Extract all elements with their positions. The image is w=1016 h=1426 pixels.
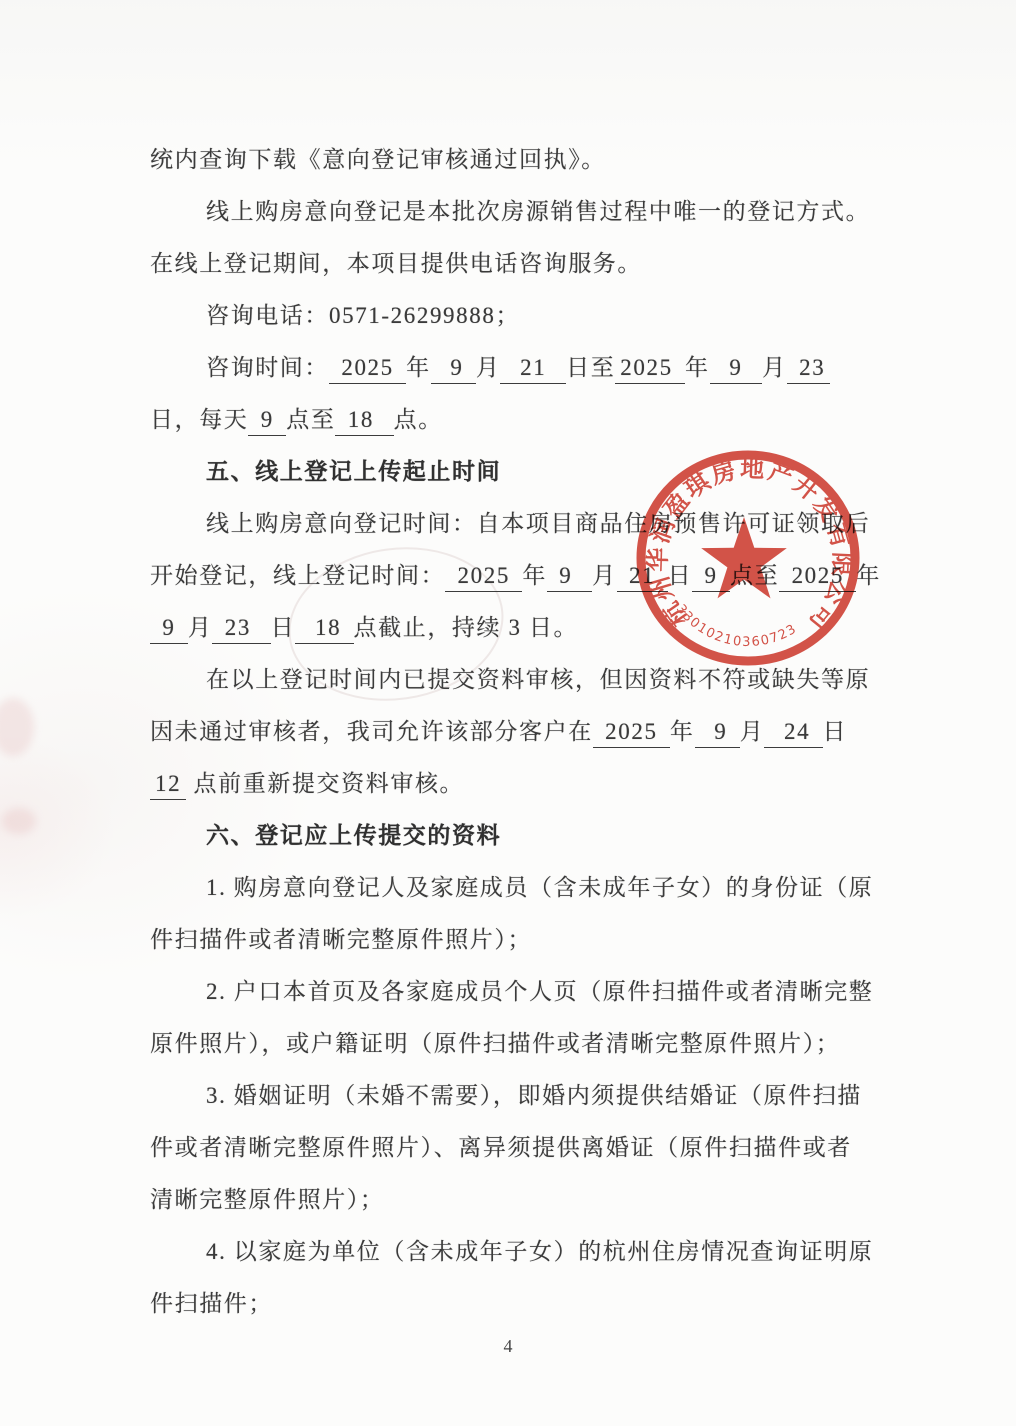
text-segment: 日 <box>668 563 693 588</box>
filled-blank: 18 <box>295 613 353 644</box>
text-segment: 清晰完整原件照片）； <box>150 1187 385 1212</box>
text-segment: 年 <box>406 355 431 380</box>
text-segment: 点至 <box>286 407 335 432</box>
text-segment: 月 <box>592 563 617 588</box>
filled-blank: 23 <box>787 353 831 384</box>
filled-blank: 21 <box>617 561 668 592</box>
text-segment: 年 <box>685 355 710 380</box>
text-segment: 月 <box>762 355 787 380</box>
text-segment: 咨询电话：0571-26299888； <box>206 303 520 328</box>
filled-blank: 23 <box>212 613 270 644</box>
text-segment: 年 <box>856 563 881 588</box>
text-line: 日，每天 9 点至 18 点。 <box>150 404 443 436</box>
text-line: 2. 户口本首页及各家庭成员个人页（原件扫描件或者清晰完整 <box>206 976 873 1008</box>
filled-blank: 21 <box>500 353 566 384</box>
text-segment: 点截止，持续 3 日。 <box>354 615 579 640</box>
text-segment: 线上购房意向登记时间：自本项目商品住房预售许可证领取后 <box>206 511 870 536</box>
filled-blank: 24 <box>764 717 822 748</box>
text-segment: 日至 <box>566 355 615 380</box>
text-segment: 4. 以家庭为单位（含未成年子女）的杭州住房情况查询证明原 <box>206 1239 873 1264</box>
text-segment: 统内查询下载《意向登记审核通过回执》。 <box>150 147 606 172</box>
filled-blank: 2025 <box>445 561 522 592</box>
text-line: 因未通过审核者，我司允许该部分客户在 2025 年 9 月 24 日 <box>150 716 847 748</box>
text-line: 1. 购房意向登记人及家庭成员（含未成年子女）的身份证（原 <box>206 872 873 904</box>
text-line: 咨询电话：0571-26299888； <box>206 300 520 332</box>
seal-ring <box>641 455 855 661</box>
text-line: 咨询时间： 2025 年 9 月 21 日至2025 年 9 月 23 <box>206 352 830 384</box>
text-segment: 1. 购房意向登记人及家庭成员（含未成年子女）的身份证（原 <box>206 875 873 900</box>
text-line: 清晰完整原件照片）； <box>150 1184 385 1216</box>
text-line: 9 月 23 日 18 点截止，持续 3 日。 <box>150 612 578 644</box>
text-line: 在线上登记期间，本项目提供电话咨询服务。 <box>150 248 642 280</box>
filled-blank: 9 <box>150 613 188 644</box>
filled-blank: 9 <box>547 561 592 592</box>
filled-blank: 9 <box>695 717 740 748</box>
filled-blank: 2025 <box>779 561 856 592</box>
text-segment: 2. 户口本首页及各家庭成员个人页（原件扫描件或者清晰完整 <box>206 979 873 1004</box>
filled-blank: 9 <box>710 353 763 384</box>
section-heading: 五、线上登记上传起止时间 <box>206 456 501 488</box>
section-heading: 六、登记应上传提交的资料 <box>206 820 501 852</box>
text-segment: 年 <box>670 719 695 744</box>
text-line: 统内查询下载《意向登记审核通过回执》。 <box>150 144 606 176</box>
text-segment: 月 <box>740 719 765 744</box>
text-line: 线上购房意向登记是本批次房源销售过程中唯一的登记方式。 <box>206 196 870 228</box>
text-segment: 件或者清晰完整原件照片）、离异须提供离婚证（原件扫描件或者 <box>150 1135 852 1160</box>
text-segment: 咨询时间： <box>206 355 329 380</box>
filled-blank: 18 <box>335 405 393 436</box>
text-segment: 点至 <box>730 563 779 588</box>
text-segment: 点。 <box>394 407 443 432</box>
text-segment: 日 <box>823 719 848 744</box>
text-line: 原件照片），或户籍证明（原件扫描件或者清晰完整原件照片）； <box>150 1028 840 1060</box>
text-segment: 日 <box>271 615 296 640</box>
text-segment: 月 <box>188 615 213 640</box>
text-segment: 线上购房意向登记是本批次房源销售过程中唯一的登记方式。 <box>206 199 870 224</box>
text-line: 4. 以家庭为单位（含未成年子女）的杭州住房情况查询证明原 <box>206 1236 873 1268</box>
text-line: 在以上登记时间内已提交资料审核，但因资料不符或缺失等原 <box>206 664 870 696</box>
filled-blank: 2025 <box>329 353 406 384</box>
text-segment: 件扫描件或者清晰完整原件照片）； <box>150 927 532 952</box>
filled-blank: 9 <box>692 561 730 592</box>
page-number: 4 <box>0 1336 1016 1357</box>
filled-blank: 2025 <box>615 353 685 384</box>
seal-code-text: 33010210360723 <box>673 602 800 650</box>
scan-smudge <box>0 698 34 756</box>
text-segment: 开始登记，线上登记时间： <box>150 563 445 588</box>
text-segment: 3. 婚姻证明（未婚不需要），即婚内须提供结婚证（原件扫描 <box>206 1083 862 1108</box>
text-segment: 六、登记应上传提交的资料 <box>206 823 501 848</box>
official-seal: 杭州华润盈琪房地产开发有限公司 33010210360723 <box>628 446 866 672</box>
text-segment: 因未通过审核者，我司允许该部分客户在 <box>150 719 593 744</box>
text-segment: 日，每天 <box>150 407 248 432</box>
text-segment: 月 <box>476 355 501 380</box>
text-line: 12 点前重新提交资料审核。 <box>150 768 464 800</box>
text-line: 件或者清晰完整原件照片）、离异须提供离婚证（原件扫描件或者 <box>150 1132 852 1164</box>
text-segment: 五、线上登记上传起止时间 <box>206 459 501 484</box>
scan-smudge <box>2 808 36 834</box>
text-segment: 点前重新提交资料审核。 <box>186 771 464 796</box>
text-line: 线上购房意向登记时间：自本项目商品住房预售许可证领取后 <box>206 508 870 540</box>
text-line: 开始登记，线上登记时间： 2025 年 9 月 21 日 9 点至 2025 年 <box>150 560 881 592</box>
text-segment: 在以上登记时间内已提交资料审核，但因资料不符或缺失等原 <box>206 667 870 692</box>
text-line: 件扫描件或者清晰完整原件照片）； <box>150 924 532 956</box>
text-segment: 在线上登记期间，本项目提供电话咨询服务。 <box>150 251 642 276</box>
text-segment: 原件照片），或户籍证明（原件扫描件或者清晰完整原件照片）； <box>150 1031 840 1056</box>
filled-blank: 2025 <box>593 717 670 748</box>
seal-company-text: 杭州华润盈琪房地产开发有限公司 <box>645 455 856 637</box>
text-segment: 年 <box>522 563 547 588</box>
filled-blank: 9 <box>248 405 286 436</box>
text-line: 3. 婚姻证明（未婚不需要），即婚内须提供结婚证（原件扫描 <box>206 1080 862 1112</box>
text-segment: 件扫描件； <box>150 1291 273 1316</box>
text-line: 件扫描件； <box>150 1288 273 1320</box>
filled-blank: 9 <box>431 353 476 384</box>
filled-blank: 12 <box>150 769 186 800</box>
document-page: 统内查询下载《意向登记审核通过回执》。线上购房意向登记是本批次房源销售过程中唯一… <box>0 0 1016 1426</box>
